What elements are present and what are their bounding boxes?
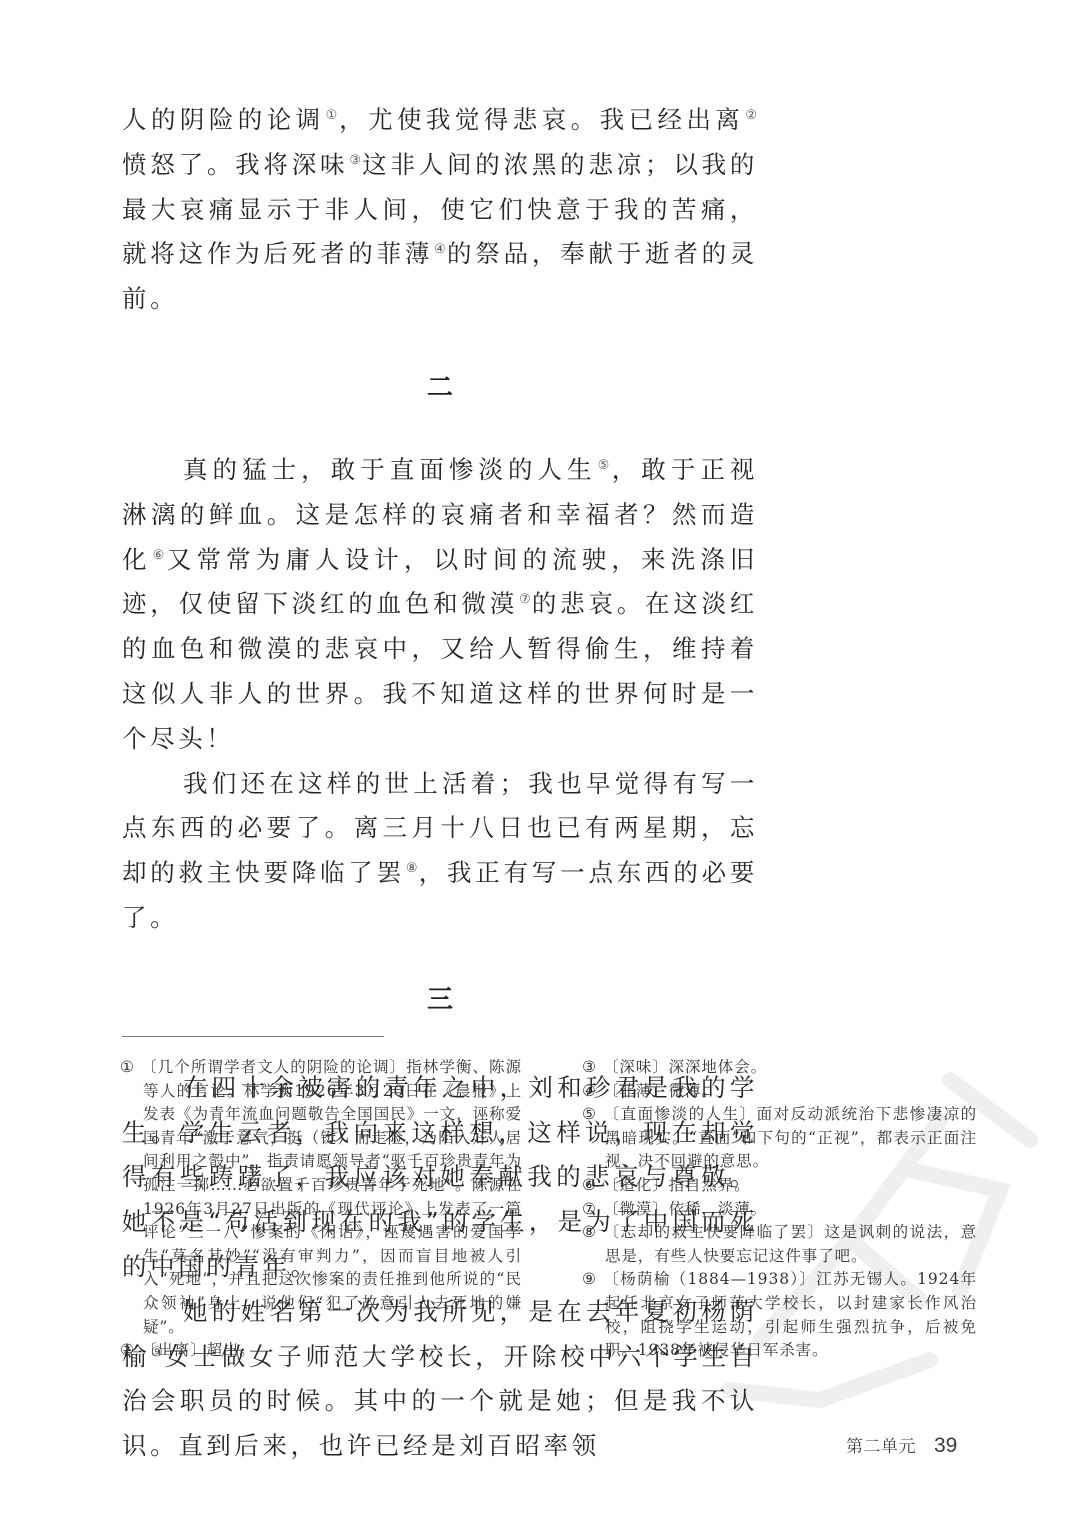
footnote-term: 〔造化〕: [603, 1176, 669, 1194]
footnote-number: ⑨: [582, 1268, 603, 1292]
section-heading-2: 二: [122, 358, 758, 418]
footnote-item: ⑥〔造化〕指自然界。: [582, 1174, 977, 1198]
footnote-marker[interactable]: ②: [745, 108, 757, 123]
footnote-item: ⑦〔微漠〕依稀，淡薄。: [582, 1198, 977, 1222]
footnote-marker[interactable]: ⑧: [406, 861, 418, 876]
footnote-number: ⑤: [582, 1103, 603, 1127]
footnote-item: ③〔深味〕深深地体会。: [582, 1056, 977, 1080]
section-2-block: 真的猛士，敢于直面惨淡的人生⑤，敢于正视淋漓的鲜血。这是怎样的哀痛者和幸福者？然…: [122, 448, 758, 941]
footnote-item: ①〔几个所谓学者文人的阴险的论调〕指林学衡、陈源等人的言论。林学衡1926年3月…: [120, 1056, 522, 1339]
paragraph-text: ，尤使我觉得悲哀。我已经出离: [339, 105, 744, 134]
footnote-term: 〔杨荫榆（1884—1938）〕: [603, 1270, 816, 1288]
footnote-term: 〔菲薄〕: [603, 1082, 669, 1100]
intro-block: 人的阴险的论调①，尤使我觉得悲哀。我已经出离②愤怒了。我将深味③这非人间的浓黑的…: [122, 98, 758, 322]
page-footer: 第二单元39: [846, 1432, 957, 1458]
footnote-number: ⑦: [582, 1198, 603, 1222]
footnote-text: 依稀，淡薄。: [669, 1200, 767, 1218]
paragraph-text: 真的猛士，敢于直面惨淡的人生: [183, 455, 597, 484]
footnote-term: 〔微漠〕: [603, 1200, 669, 1218]
footnote-number: ②: [120, 1339, 141, 1363]
footnotes-left-column: ①〔几个所谓学者文人的阴险的论调〕指林学衡、陈源等人的言论。林学衡1926年3月…: [120, 1056, 522, 1363]
footnote-item: ⑨〔杨荫榆（1884—1938）〕江苏无锡人。1924年起任北京女子师范大学校长…: [582, 1268, 977, 1362]
section-heading-3: 三: [122, 970, 758, 1030]
footnote-item: ⑤〔直面惨淡的人生〕面对反动派统治下悲惨凄凉的黑暗现实。“直面”和下句的“正视”…: [582, 1103, 977, 1174]
footnote-item: ④〔菲薄〕微薄。: [582, 1080, 977, 1104]
body-paragraph: 真的猛士，敢于直面惨淡的人生⑤，敢于正视淋漓的鲜血。这是怎样的哀痛者和幸福者？然…: [122, 448, 758, 762]
footnote-marker[interactable]: ⑦: [519, 592, 531, 607]
footnote-text: 指自然界。: [669, 1176, 751, 1194]
footnote-item: ②〔出离〕超出。: [120, 1339, 522, 1363]
footnotes-right-column: ③〔深味〕深深地体会。④〔菲薄〕微薄。⑤〔直面惨淡的人生〕面对反动派统治下悲惨凄…: [582, 1056, 977, 1363]
paragraph-text: 人的阴险的论调: [122, 105, 325, 134]
footnote-marker[interactable]: ⑥: [153, 548, 166, 563]
footnote-marker[interactable]: ③: [349, 153, 361, 168]
footnote-number: ⑥: [582, 1174, 603, 1198]
textbook-page: 人的阴险的论调①，尤使我觉得悲哀。我已经出离②愤怒了。我将深味③这非人间的浓黑的…: [0, 0, 1080, 1527]
footnote-term: 〔出离〕: [141, 1341, 207, 1359]
footnote-term: 〔直面惨淡的人生〕: [603, 1105, 757, 1123]
paragraph-text: 愤怒了。我将深味: [122, 150, 348, 179]
footnote-text: 深深地体会。: [669, 1058, 767, 1076]
unit-label: 第二单元: [846, 1437, 916, 1457]
footnote-text: 超出。: [207, 1341, 256, 1359]
footnote-marker[interactable]: ④: [434, 242, 446, 257]
footnote-term: 〔深味〕: [603, 1058, 669, 1076]
footnote-text: 指林学衡、陈源等人的言论。林学衡1926年3月20日在《晨报》上发表《为青年流血…: [143, 1058, 522, 1336]
footnote-number: ④: [582, 1080, 603, 1104]
footnote-item: ⑧〔忘却的救主快要降临了罢〕这是讽刺的说法，意思是，有些人快要忘记这件事了吧。: [582, 1221, 977, 1268]
footnote-divider: [122, 1036, 384, 1037]
footnote-term: 〔几个所谓学者文人的阴险的论调〕: [141, 1058, 406, 1076]
page-number: 39: [934, 1434, 957, 1457]
footnote-marker[interactable]: ①: [326, 108, 339, 123]
footnote-number: ③: [582, 1056, 603, 1080]
footnote-number: ①: [120, 1056, 141, 1080]
footnote-number: ⑧: [582, 1221, 603, 1245]
body-paragraph: 人的阴险的论调①，尤使我觉得悲哀。我已经出离②愤怒了。我将深味③这非人间的浓黑的…: [122, 98, 758, 322]
footnote-text: 微薄。: [669, 1082, 718, 1100]
footnote-term: 〔忘却的救主快要降临了罢〕: [603, 1223, 825, 1241]
footnote-marker[interactable]: ⑤: [598, 458, 611, 473]
body-paragraph: 我们还在这样的世上活着；我也早觉得有写一点东西的必要了。离三月十八日也已有两星期…: [122, 762, 758, 941]
